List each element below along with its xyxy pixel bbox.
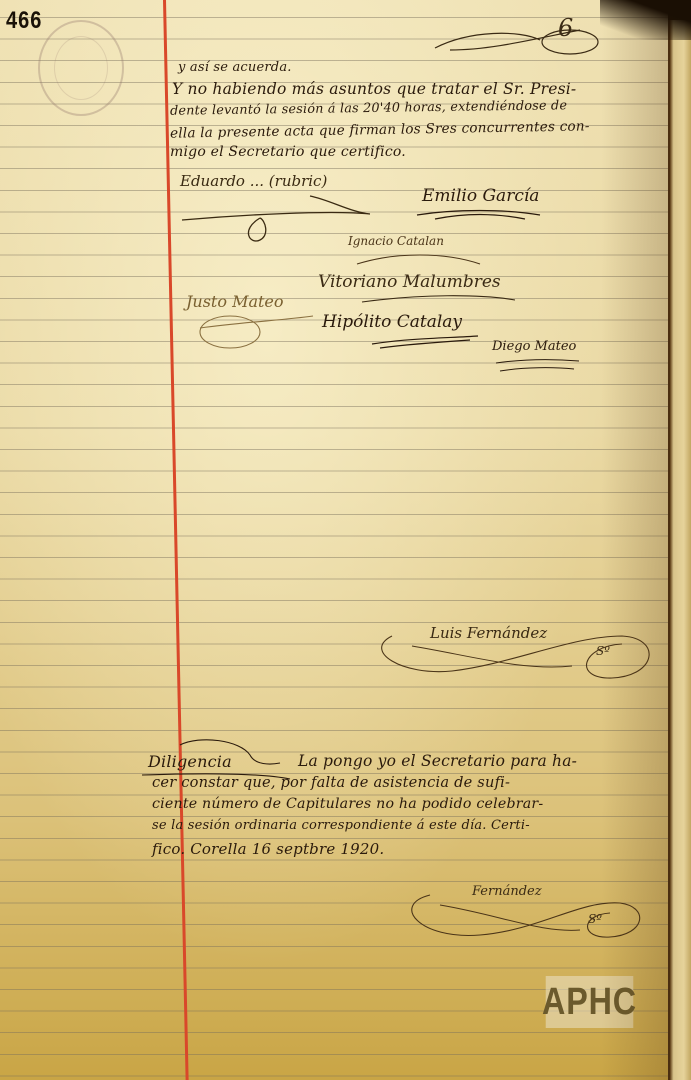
- signature: Diego Mateo: [492, 339, 576, 354]
- signature-rubric-icon: [195, 308, 315, 353]
- signature-rubric-icon: [355, 250, 485, 270]
- binding-shadow: [600, 0, 691, 40]
- aphc-watermark-logo: APHC: [546, 976, 634, 1028]
- diligencia-line: fico. Corella 16 septbre 1920.: [152, 840, 384, 858]
- minutes-line: migo el Secretario que certifico.: [170, 144, 406, 160]
- signature-rubric-icon: [400, 885, 650, 945]
- signature: Eduardo ... (rubric): [180, 172, 327, 190]
- ledger-page: 466 6 y así se acuerda. Y no habiendo má…: [0, 0, 668, 1080]
- seal-stamp-icon: [38, 20, 124, 116]
- diligencia-line: ciente número de Capitulares no ha podid…: [152, 796, 543, 812]
- signature-rubric-icon: [494, 355, 584, 377]
- diligencia-line: cer constar que, por falta de asistencia…: [152, 774, 510, 791]
- diligencia-line: se la sesión ordinaria correspondiente á…: [152, 818, 530, 833]
- signature: Hipólito Catalay: [322, 312, 462, 332]
- minutes-line: y así se acuerda.: [178, 60, 292, 75]
- signature-rubric-icon: [372, 616, 662, 686]
- signature: Emilio García: [422, 186, 539, 206]
- corner-number: 6: [558, 14, 573, 42]
- signature-rubric-icon: [360, 292, 520, 306]
- signature: Ignacio Catalan: [348, 234, 444, 248]
- corner-flourish-icon: [430, 10, 600, 55]
- next-page-edge: [668, 20, 691, 1080]
- folio-number: 466: [6, 8, 42, 36]
- minutes-line: Y no habiendo más asuntos que tratar el …: [172, 80, 576, 98]
- signature-rubric-icon: [415, 205, 545, 225]
- diligencia-line: La pongo yo el Secretario para ha-: [298, 752, 577, 770]
- signature: Vitoriano Malumbres: [318, 272, 501, 292]
- signature-rubric-icon: [370, 332, 480, 352]
